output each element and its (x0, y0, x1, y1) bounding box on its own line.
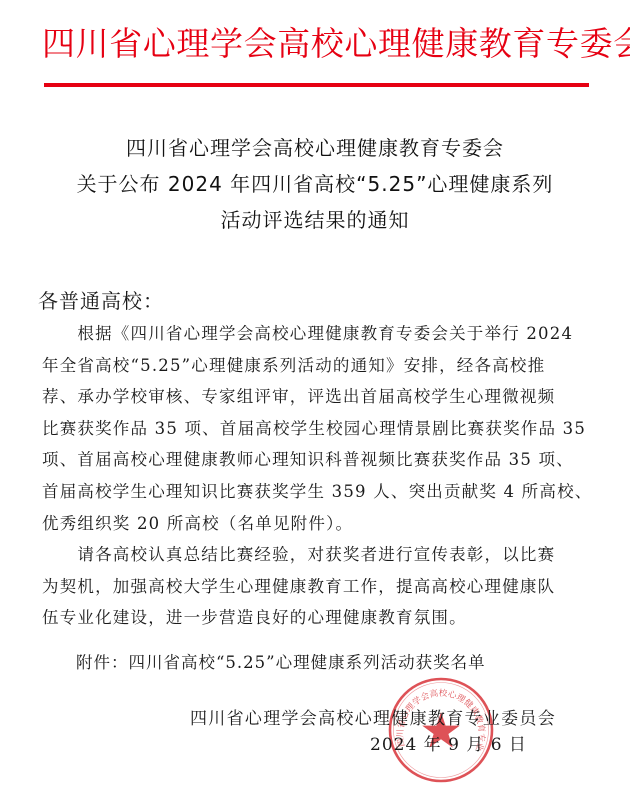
document-title: 四川省心理学会高校心理健康教育专委会 关于公布 2024 年四川省高校“5.25… (0, 130, 630, 238)
signature-date: 2024 年 9 月 6 日 (370, 731, 527, 759)
letterhead-org-name: 四川省心理学会高校心理健康教育专委会 (42, 24, 590, 64)
title-line-2: 关于公布 2024 年四川省高校“5.25”心理健康系列 (0, 166, 630, 202)
body-paragraph-2: 请各高校认真总结比赛经验，对获奖者进行宣传表彰，以比赛 为契机，加强高校大学生心… (42, 539, 590, 634)
paragraph-line: 优秀组织奖 20 所高校（名单见附件）。 (42, 508, 590, 540)
paragraph-line: 请各高校认真总结比赛经验，对获奖者进行宣传表彰，以比赛 (42, 539, 590, 571)
paragraph-line: 为契机，加强高校大学生心理健康教育工作，提高高校心理健康队 (42, 571, 590, 603)
paragraph-line: 荐、承办学校审核、专家组评审，评选出首届高校学生心理微视频 (42, 381, 590, 413)
letterhead-divider (44, 83, 589, 87)
salutation: 各普通高校： (38, 286, 164, 316)
paragraph-line: 根据《四川省心理学会高校心理健康教育专委会关于举行 2024 (42, 318, 590, 350)
title-line-3: 活动评选结果的通知 (0, 202, 630, 238)
paragraph-line: 比赛获奖作品 35 项、首届高校学生校园心理情景剧比赛获奖作品 35 (42, 413, 590, 445)
paragraph-line: 伍专业化建设，进一步营造良好的心理健康教育氛围。 (42, 602, 590, 634)
signature-org: 四川省心理学会高校心理健康教育专业委员会 (190, 705, 556, 733)
title-line-1: 四川省心理学会高校心理健康教育专委会 (0, 130, 630, 166)
attachment-note: 附件：四川省高校“5.25”心理健康系列活动获奖名单 (76, 648, 486, 678)
paragraph-line: 项、首届高校心理健康教师心理知识科普视频比赛获奖作品 35 项、 (42, 444, 590, 476)
body-paragraph-1: 根据《四川省心理学会高校心理健康教育专委会关于举行 2024 年全省高校“5.2… (42, 318, 590, 539)
paragraph-line: 首届高校学生心理知识比赛获奖学生 359 人、突出贡献奖 4 所高校、 (42, 476, 590, 508)
paragraph-line: 年全省高校“5.25”心理健康系列活动的通知》安排，经各高校推 (42, 350, 590, 382)
